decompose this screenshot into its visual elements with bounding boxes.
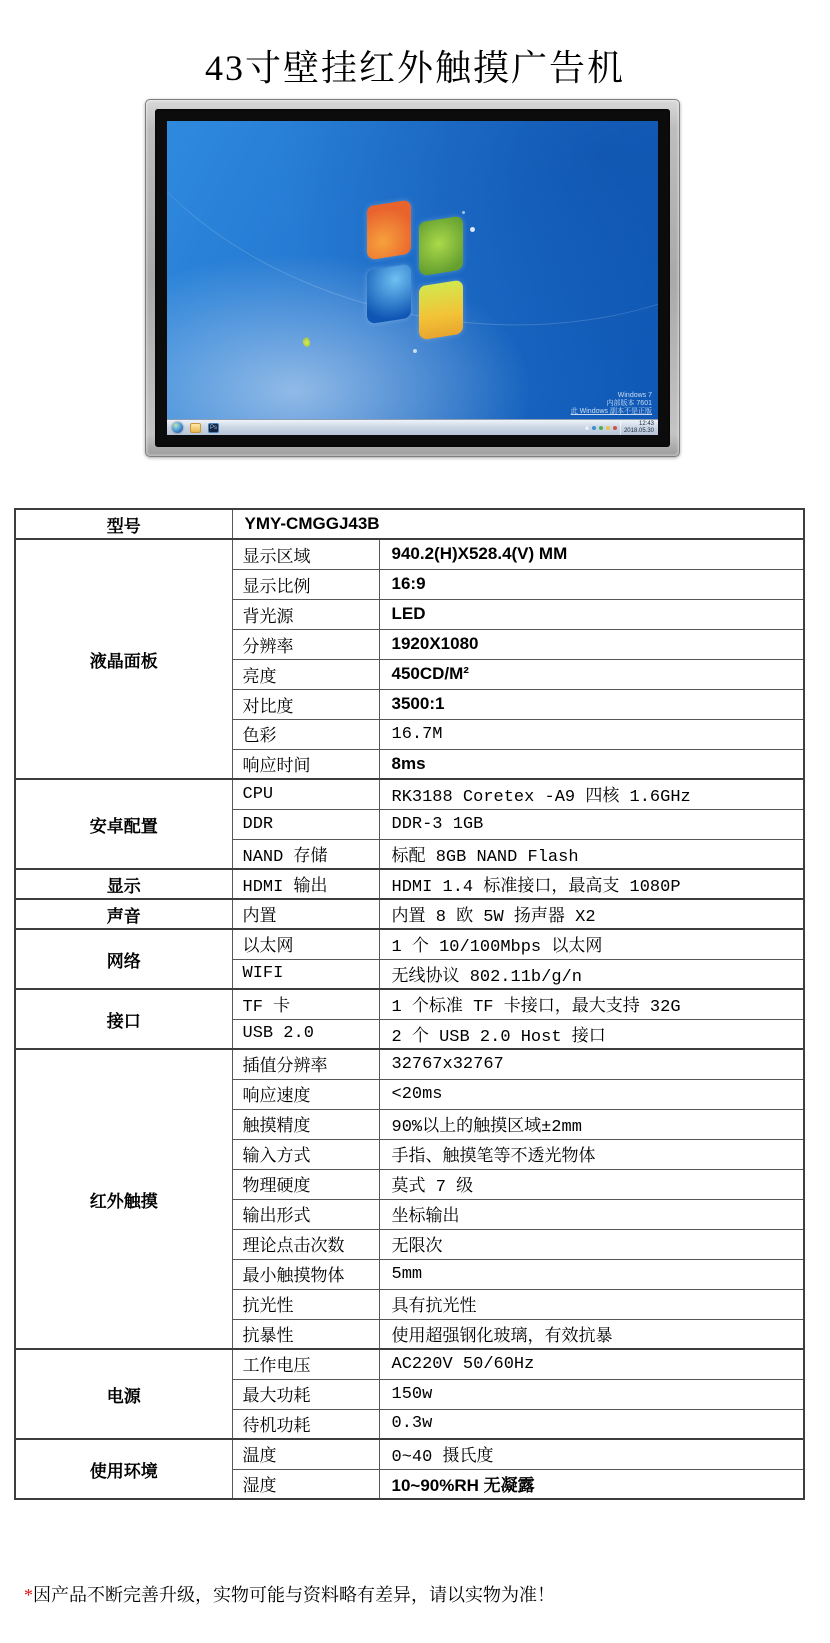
spec-label-cell: 色彩 — [232, 719, 379, 749]
windows-logo-pane-yellow — [419, 280, 463, 341]
spec-group-cell: 网络 — [15, 929, 232, 989]
spec-label-cell: 对比度 — [232, 689, 379, 719]
windows-logo — [367, 203, 467, 343]
sparkle-icon — [470, 227, 475, 232]
spec-label-cell: 响应时间 — [232, 749, 379, 779]
spec-label-cell: 显示比例 — [232, 569, 379, 599]
spec-value-cell: 内置 8 欧 5W 扬声器 X2 — [379, 899, 804, 929]
monitor-product-image: Windows 7 内部版本 7601 此 Windows 副本不是正版 Ps … — [145, 99, 680, 457]
spec-value-cell: 1 个 10/100Mbps 以太网 — [379, 929, 804, 959]
table-row: 液晶面板显示区域940.2(H)X528.4(V) MM — [15, 539, 804, 569]
spec-label-cell: USB 2.0 — [232, 1019, 379, 1049]
spec-value-cell: DDR-3 1GB — [379, 809, 804, 839]
spec-label-cell: 温度 — [232, 1439, 379, 1469]
spec-table-body: 型号YMY-CMGGJ43B液晶面板显示区域940.2(H)X528.4(V) … — [15, 509, 804, 1499]
taskbar: Ps 12:43 2018.05.30 — [167, 419, 658, 435]
folder-icon — [190, 423, 201, 433]
spec-value-cell: 0~40 摄氏度 — [379, 1439, 804, 1469]
app-icon: Ps — [208, 423, 219, 433]
tray-flag-icon — [613, 426, 617, 430]
spec-value-cell: 2 个 USB 2.0 Host 接口 — [379, 1019, 804, 1049]
spec-group-cell: 使用环境 — [15, 1439, 232, 1499]
spec-label-cell: 背光源 — [232, 599, 379, 629]
spec-label-cell: TF 卡 — [232, 989, 379, 1019]
spec-label-cell: 抗光性 — [232, 1289, 379, 1319]
spec-value-cell: 坐标输出 — [379, 1199, 804, 1229]
tray-time: 12:43 — [624, 421, 654, 428]
spec-label-cell: 物理硬度 — [232, 1169, 379, 1199]
spec-label-cell: 理论点击次数 — [232, 1229, 379, 1259]
spec-value-cell: 标配 8GB NAND Flash — [379, 839, 804, 869]
windows-logo-pane-orange — [367, 200, 411, 261]
spec-value-cell: 具有抗光性 — [379, 1289, 804, 1319]
spec-label-cell: HDMI 输出 — [232, 869, 379, 899]
spec-model-value-cell: YMY-CMGGJ43B — [232, 509, 804, 539]
spec-label-cell: 待机功耗 — [232, 1409, 379, 1439]
spec-label-cell: 以太网 — [232, 929, 379, 959]
tray-date: 2018.05.30 — [624, 428, 654, 435]
spec-label-cell: WIFI — [232, 959, 379, 989]
spec-group-cell: 接口 — [15, 989, 232, 1049]
spec-label-cell: 抗暴性 — [232, 1319, 379, 1349]
spec-value-cell: 90%以上的触摸区域±2mm — [379, 1109, 804, 1139]
spec-value-cell: HDMI 1.4 标准接口，最高支 1080P — [379, 869, 804, 899]
footnote: *因产品不断完善升级，实物可能与资料略有差异，请以实物为准！ — [24, 1581, 555, 1607]
spec-label-cell: 分辨率 — [232, 629, 379, 659]
spec-label-cell: 最大功耗 — [232, 1379, 379, 1409]
spec-label-cell: 内置 — [232, 899, 379, 929]
spec-model-label-cell: 型号 — [15, 509, 232, 539]
spec-label-cell: 输出形式 — [232, 1199, 379, 1229]
spec-label-cell: CPU — [232, 779, 379, 809]
tray-status-icon — [606, 426, 610, 430]
table-row: 使用环境温度0~40 摄氏度 — [15, 1439, 804, 1469]
spec-group-cell: 声音 — [15, 899, 232, 929]
spec-label-cell: 亮度 — [232, 659, 379, 689]
spec-label-cell: 湿度 — [232, 1469, 379, 1499]
spec-table: 型号YMY-CMGGJ43B液晶面板显示区域940.2(H)X528.4(V) … — [14, 508, 805, 1500]
footnote-text: 因产品不断完善升级，实物可能与资料略有差异，请以实物为准！ — [33, 1585, 555, 1605]
spec-value-cell: 无限次 — [379, 1229, 804, 1259]
tray-up-arrow-icon — [585, 426, 589, 430]
spec-label-cell: 最小触摸物体 — [232, 1259, 379, 1289]
tray-status-icon — [599, 426, 603, 430]
spec-value-cell: 手指、触摸笔等不透光物体 — [379, 1139, 804, 1169]
spec-value-cell: 32767x32767 — [379, 1049, 804, 1079]
spec-label-cell: 输入方式 — [232, 1139, 379, 1169]
spec-value-cell: <20ms — [379, 1079, 804, 1109]
spec-value-cell: 150w — [379, 1379, 804, 1409]
spec-value-cell: 10~90%RH 无凝露 — [379, 1469, 804, 1499]
spec-group-cell: 安卓配置 — [15, 779, 232, 869]
spec-value-cell: 无线协议 802.11b/g/n — [379, 959, 804, 989]
spec-value-cell: 使用超强钢化玻璃，有效抗暴 — [379, 1319, 804, 1349]
spec-value-cell: 1 个标准 TF 卡接口，最大支持 32G — [379, 989, 804, 1019]
table-row: 型号YMY-CMGGJ43B — [15, 509, 804, 539]
spec-value-cell: 8ms — [379, 749, 804, 779]
spec-label-cell: NAND 存储 — [232, 839, 379, 869]
sparkle-icon — [413, 349, 417, 353]
windows-watermark: Windows 7 内部版本 7601 此 Windows 副本不是正版 — [571, 392, 652, 416]
spec-value-cell: 5mm — [379, 1259, 804, 1289]
spec-value-cell: 450CD/M² — [379, 659, 804, 689]
table-row: 网络以太网1 个 10/100Mbps 以太网 — [15, 929, 804, 959]
spec-value-cell: 3500:1 — [379, 689, 804, 719]
spec-value-cell: 16:9 — [379, 569, 804, 599]
spec-group-cell: 红外触摸 — [15, 1049, 232, 1349]
spec-group-cell: 显示 — [15, 869, 232, 899]
spec-value-cell: 0.3w — [379, 1409, 804, 1439]
table-row: 安卓配置CPURK3188 Coretex -A9 四核 1.6GHz — [15, 779, 804, 809]
page-title: 43寸壁挂红外触摸广告机 — [0, 40, 830, 91]
watermark-line: Windows 7 — [571, 392, 652, 400]
tray-network-icon — [592, 426, 596, 430]
spec-label-cell: 插值分辨率 — [232, 1049, 379, 1079]
table-row: 接口TF 卡1 个标准 TF 卡接口，最大支持 32G — [15, 989, 804, 1019]
watermark-line: 内部版本 7601 — [571, 400, 652, 408]
monitor-screen-wallpaper: Windows 7 内部版本 7601 此 Windows 副本不是正版 Ps … — [167, 121, 658, 435]
windows-logo-pane-blue — [367, 264, 411, 325]
spec-value-cell: LED — [379, 599, 804, 629]
spec-value-cell: AC220V 50/60Hz — [379, 1349, 804, 1379]
table-row: 红外触摸插值分辨率32767x32767 — [15, 1049, 804, 1079]
windows-logo-pane-green — [419, 216, 463, 277]
spec-label-cell: 工作电压 — [232, 1349, 379, 1379]
spec-value-cell: 莫式 7 级 — [379, 1169, 804, 1199]
spec-value-cell: 16.7M — [379, 719, 804, 749]
spec-label-cell: 显示区域 — [232, 539, 379, 569]
spec-label-cell: DDR — [232, 809, 379, 839]
sparkle-icon — [462, 211, 465, 214]
tray-clock: 12:43 2018.05.30 — [620, 421, 654, 435]
spec-label-cell: 触摸精度 — [232, 1109, 379, 1139]
spec-value-cell: 1920X1080 — [379, 629, 804, 659]
table-row: 电源工作电压AC220V 50/60Hz — [15, 1349, 804, 1379]
table-row: 声音内置内置 8 欧 5W 扬声器 X2 — [15, 899, 804, 929]
spec-value-cell: RK3188 Coretex -A9 四核 1.6GHz — [379, 779, 804, 809]
start-button-icon — [172, 422, 183, 433]
spec-group-cell: 液晶面板 — [15, 539, 232, 779]
monitor-bezel: Windows 7 内部版本 7601 此 Windows 副本不是正版 Ps … — [155, 109, 670, 447]
system-tray: 12:43 2018.05.30 — [585, 421, 658, 435]
watermark-line: 此 Windows 副本不是正版 — [571, 408, 652, 416]
spec-value-cell: 940.2(H)X528.4(V) MM — [379, 539, 804, 569]
footnote-asterisk: * — [24, 1585, 33, 1605]
spec-label-cell: 响应速度 — [232, 1079, 379, 1109]
spec-group-cell: 电源 — [15, 1349, 232, 1439]
table-row: 显示HDMI 输出HDMI 1.4 标准接口，最高支 1080P — [15, 869, 804, 899]
